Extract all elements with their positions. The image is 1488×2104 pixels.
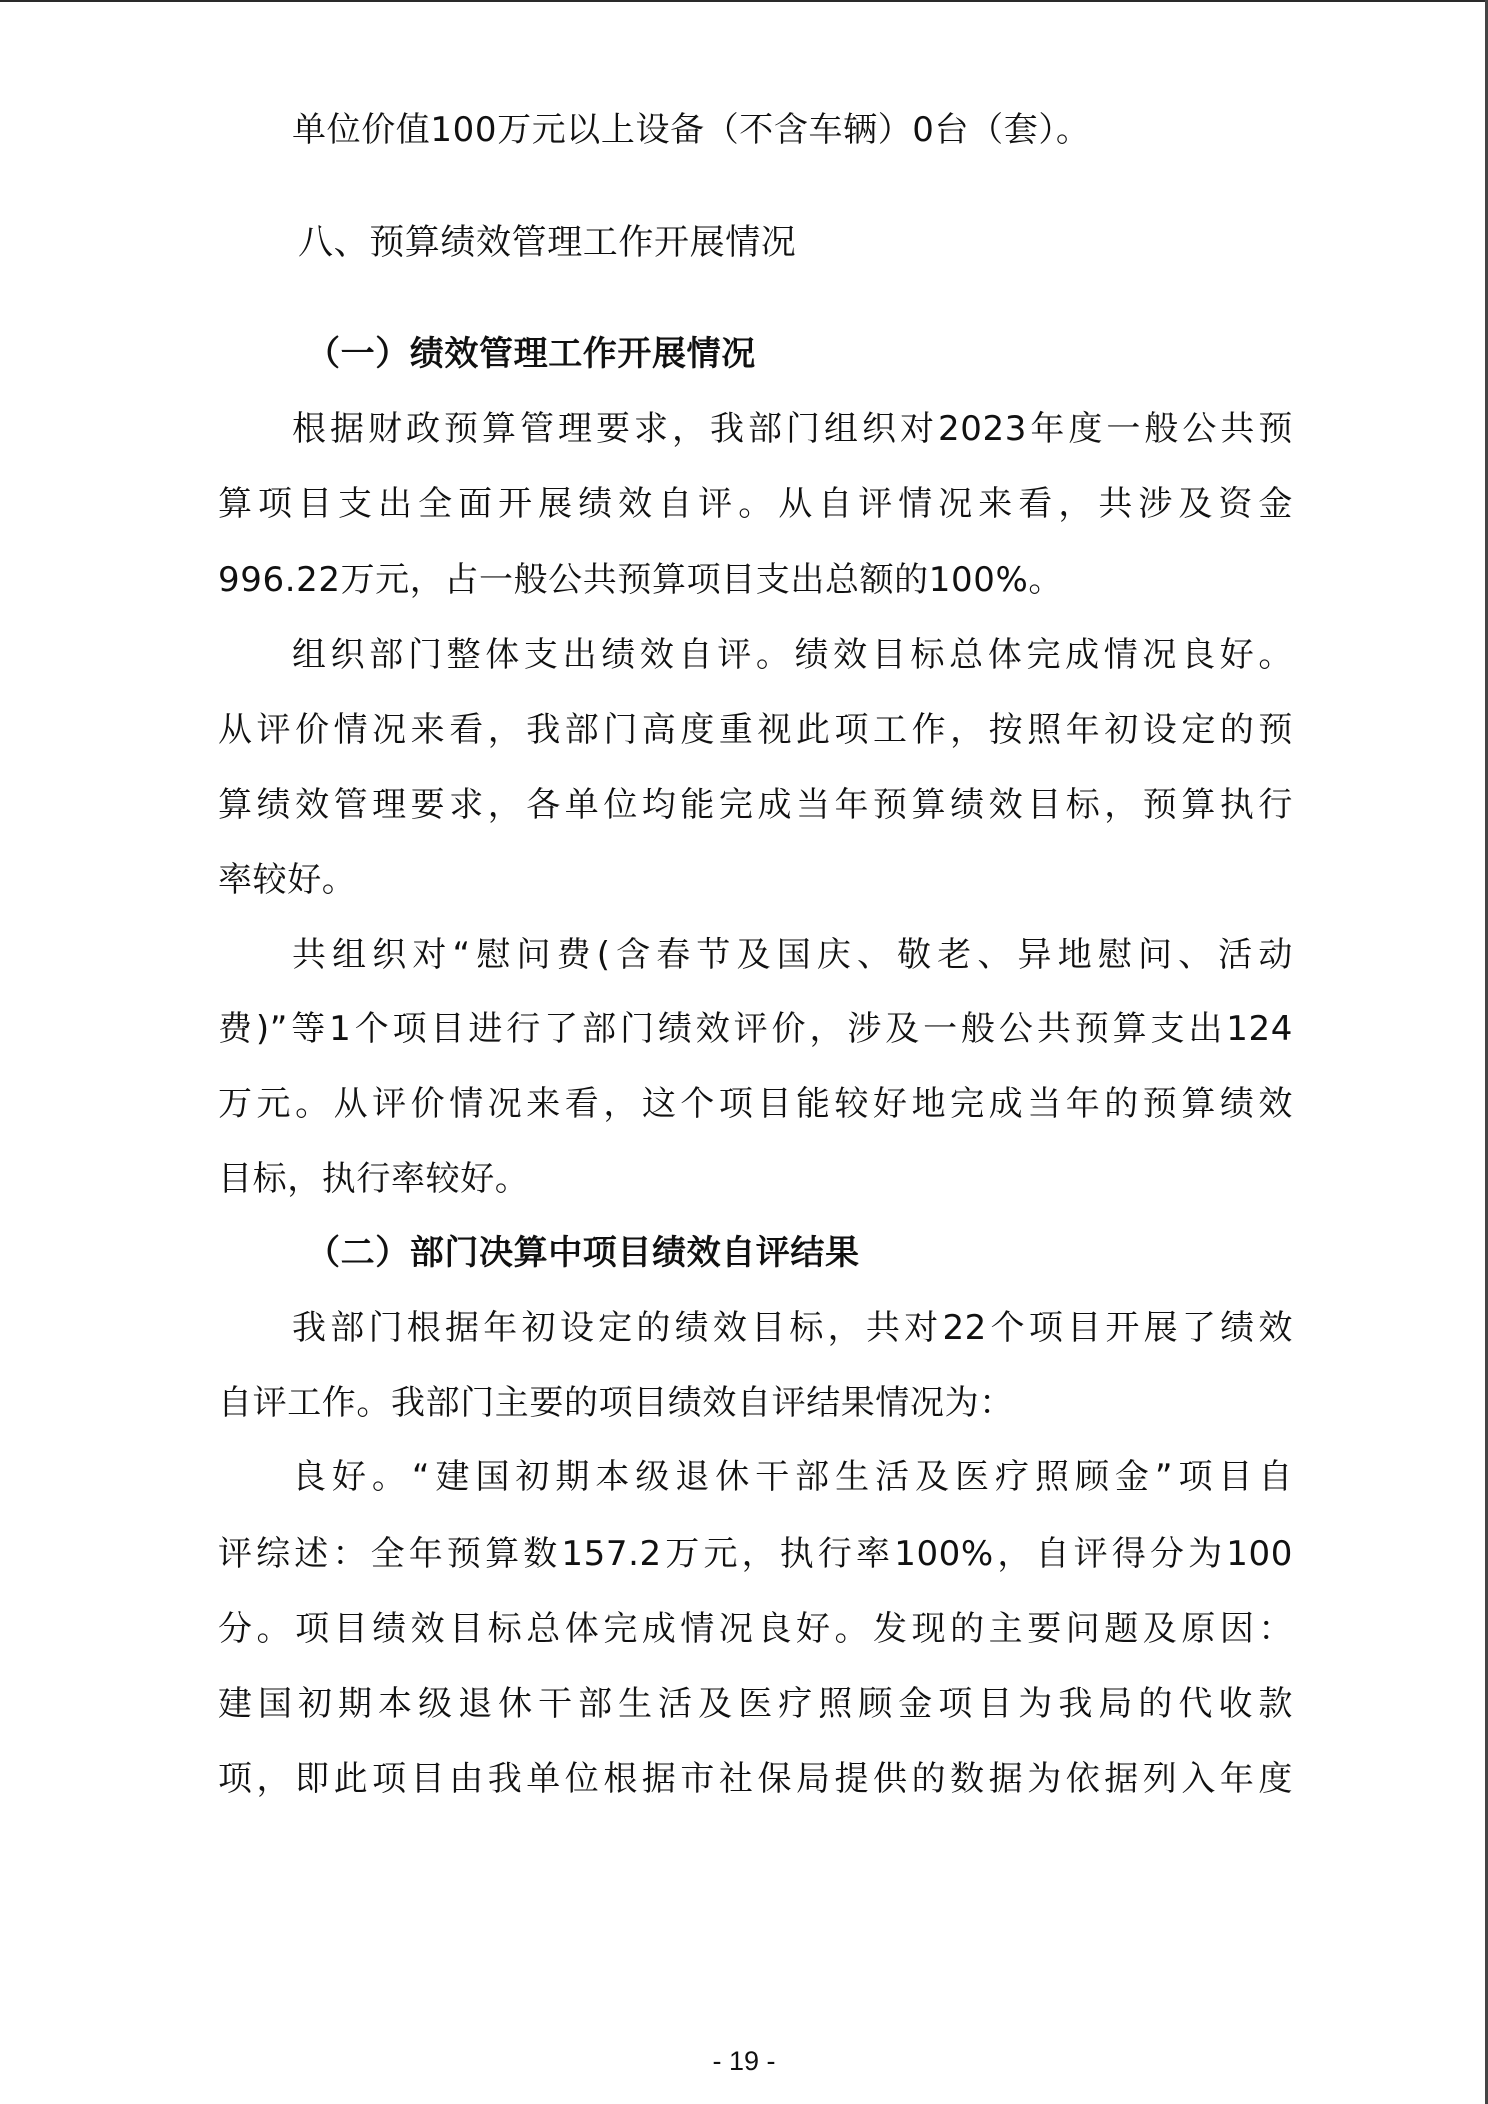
page-number: - 19 - [0, 2046, 1488, 2077]
text-line: 建国初期本级退休干部生活及医疗照顾金项目为我局的代收款 [218, 1684, 1293, 1724]
text-line: 自评工作。我部门主要的项目绩效自评结果情况为： [218, 1383, 1293, 1423]
text-line: 996.22万元，占一般公共预算项目支出总额的100%。 [218, 560, 1293, 600]
subsection-heading: （二）部门决算中项目绩效自评结果 [306, 1233, 1381, 1273]
section-heading: 八、预算绩效管理工作开展情况 [298, 223, 1373, 263]
text-line: 共组织对“慰问费(含春节及国庆、敬老、异地慰问、活动 [292, 935, 1293, 975]
text-line: 分。项目绩效目标总体完成情况良好。发现的主要问题及原因： [218, 1609, 1293, 1649]
text-line: 率较好。 [218, 860, 1293, 900]
text-line: 根据财政预算管理要求，我部门组织对2023年度一般公共预 [292, 409, 1293, 449]
text-line: 算绩效管理要求，各单位均能完成当年预算绩效目标，预算执行 [218, 785, 1293, 825]
text-line: 目标，执行率较好。 [218, 1159, 1293, 1199]
text-line: 万元。从评价情况来看，这个项目能较好地完成当年的预算绩效 [218, 1084, 1293, 1124]
text-line: 评综述：全年预算数157.2万元，执行率100%，自评得分为100 [218, 1534, 1293, 1574]
text-line: 组织部门整体支出绩效自评。绩效目标总体完成情况良好。 [292, 635, 1293, 675]
text-line: 我部门根据年初设定的绩效目标，共对22个项目开展了绩效 [292, 1308, 1293, 1348]
text-line: 项，即此项目由我单位根据市社保局提供的数据为依据列入年度 [218, 1759, 1293, 1799]
subsection-heading: （一）绩效管理工作开展情况 [306, 334, 1381, 374]
text-line: 从评价情况来看，我部门高度重视此项工作，按照年初设定的预 [218, 710, 1293, 750]
text-line: 良好。“建国初期本级退休干部生活及医疗照顾金”项目自 [292, 1457, 1293, 1497]
text-line: 算项目支出全面开展绩效自评。从自评情况来看，共涉及资金 [218, 484, 1293, 524]
text-line: 单位价值100万元以上设备（不含车辆）0台（套）。 [292, 110, 1293, 150]
text-line: 费)”等1个项目进行了部门绩效评价，涉及一般公共预算支出124 [218, 1009, 1293, 1049]
page-border-top [0, 0, 1488, 2]
